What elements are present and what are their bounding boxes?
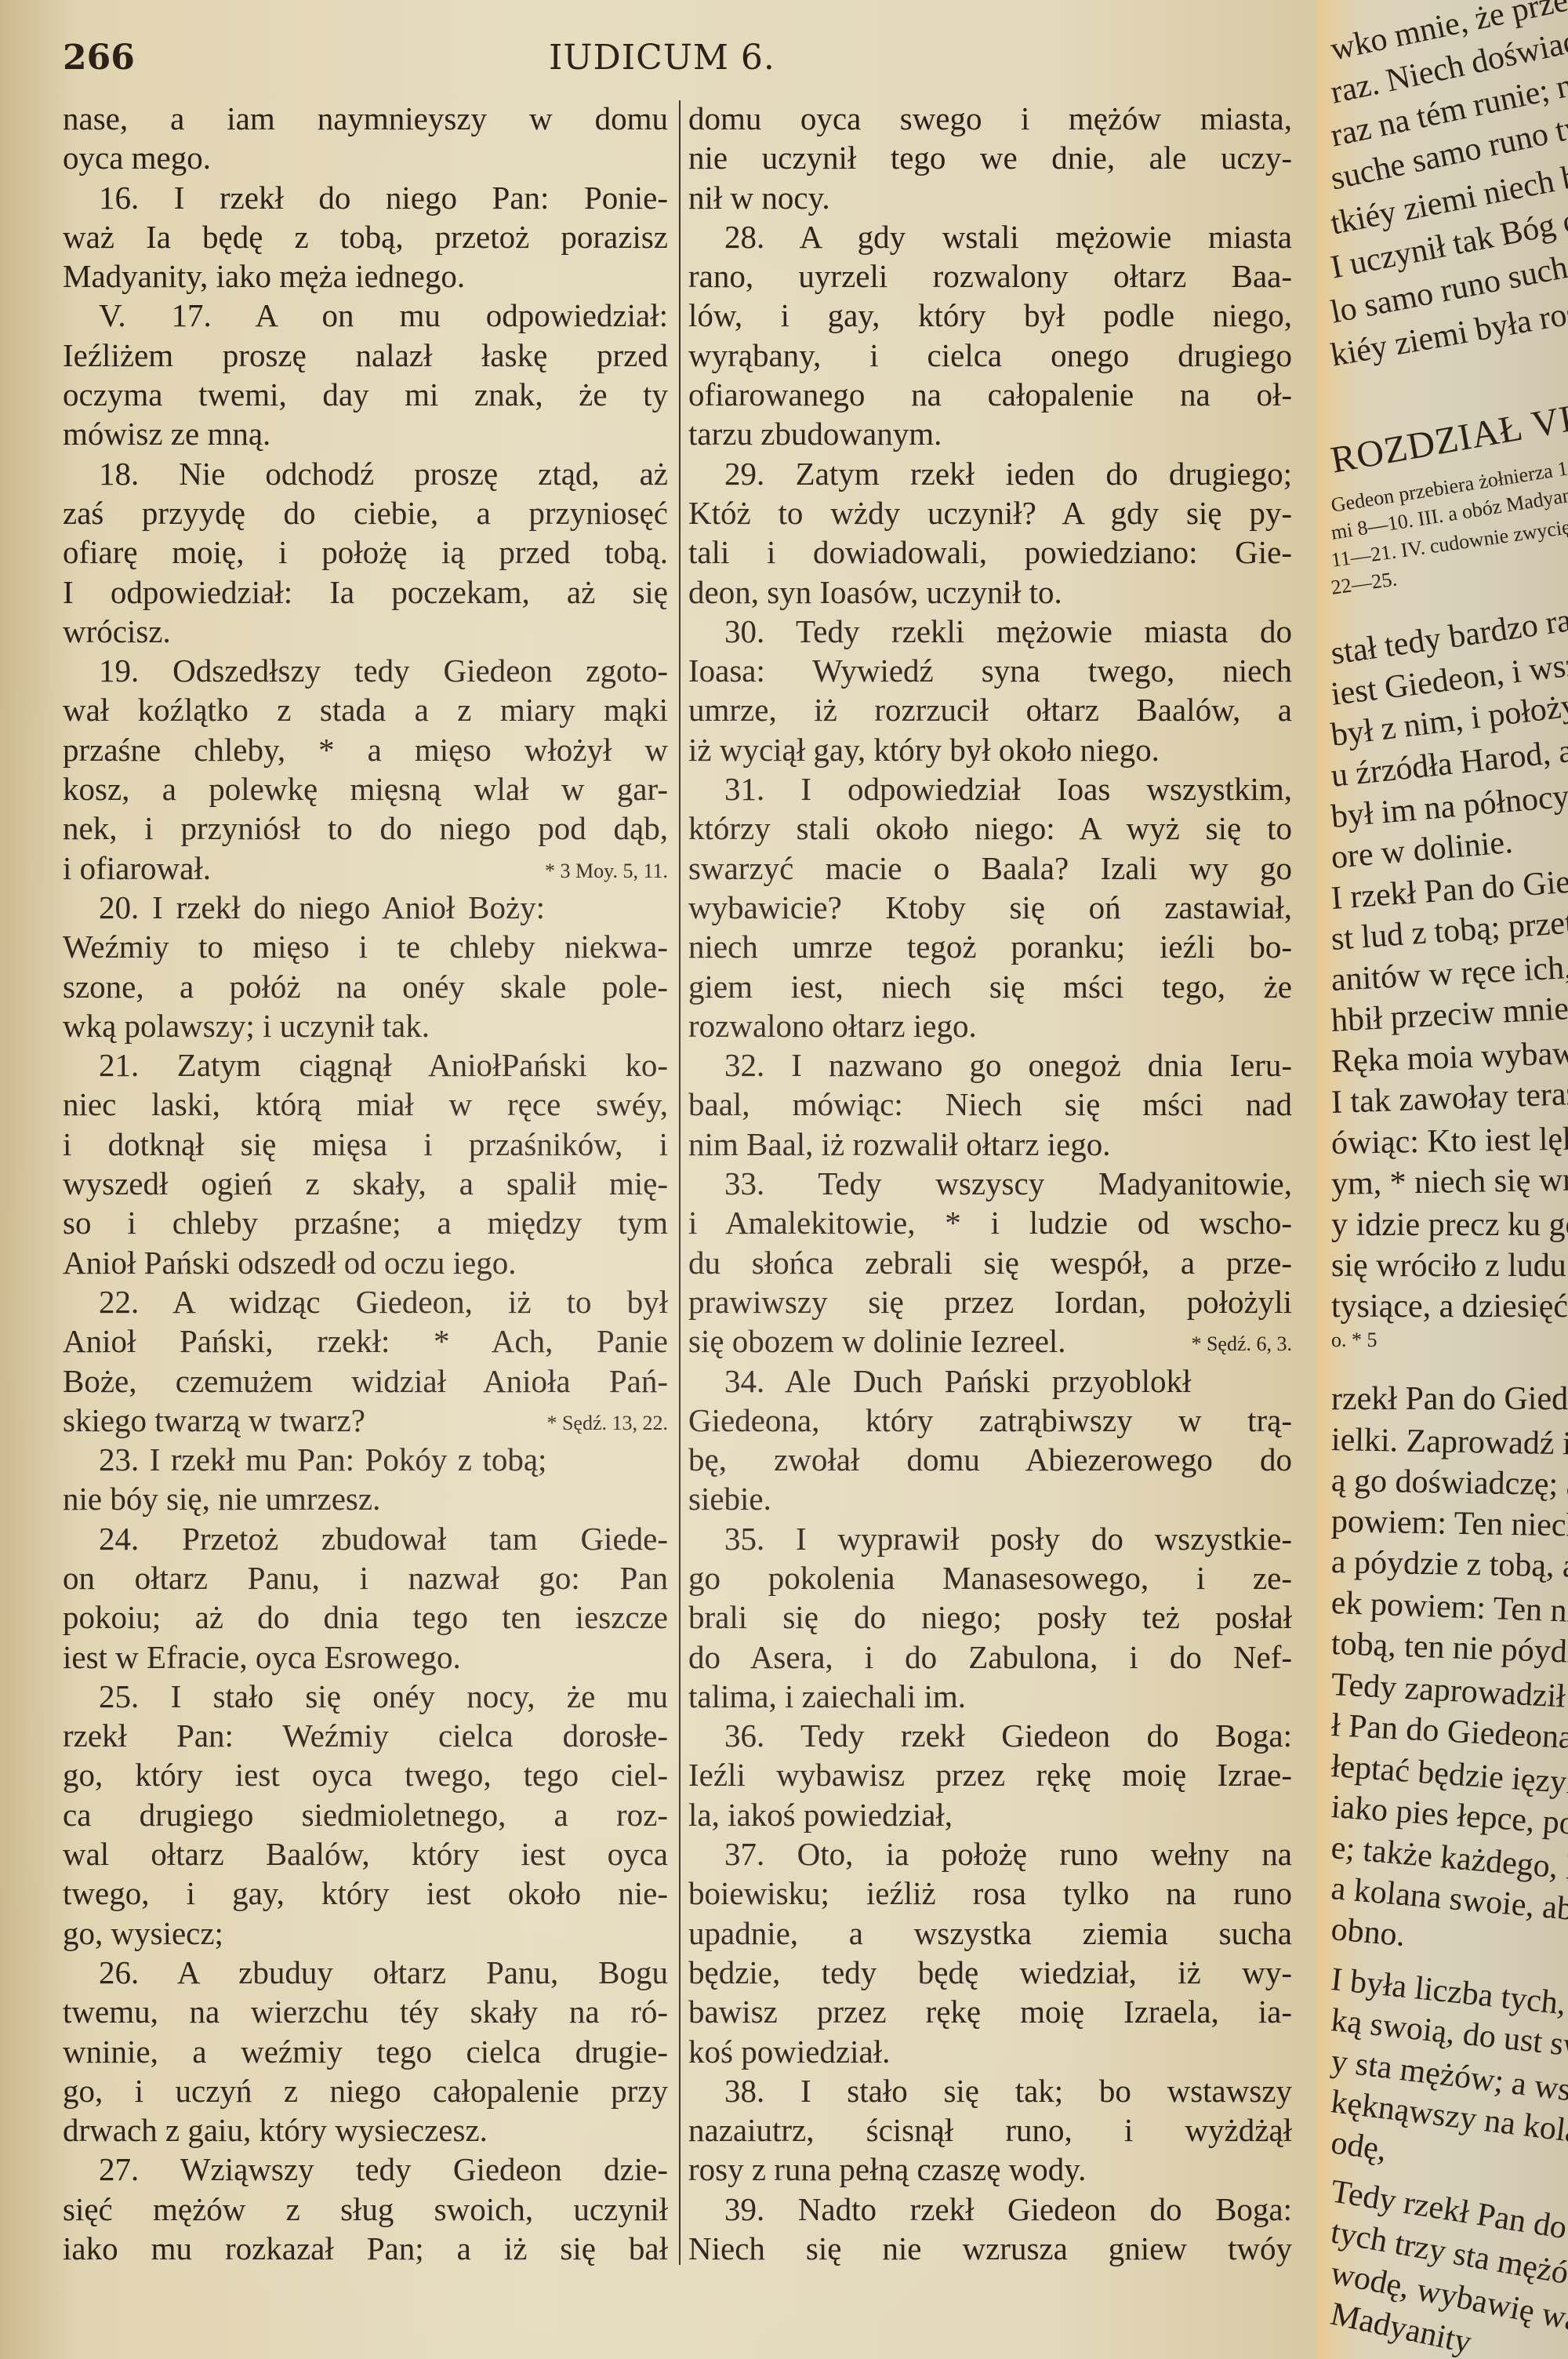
- line-text: będzie, tedy będę wiedział, iż wy-: [688, 1954, 1292, 1990]
- line-text: nazaiutrz, ścisnął runo, i wyżdżął: [688, 2112, 1292, 2148]
- line-text: rzekł Pan: Weźmiy cielca dorosłe-: [63, 1717, 668, 1754]
- line-text: wyrąbany, i cielca onego drugiego: [688, 337, 1292, 373]
- text-line: Weźmiy to mięso i te chleby niekwa-: [63, 927, 668, 966]
- line-text: Anioł Pański odszedł od oczu iego.: [63, 1245, 516, 1281]
- text-line: przaśne chleby, * a mięso włożył w: [63, 730, 668, 769]
- line-text: nim Baal, iż rozwalił ołtarz iego.: [688, 1126, 1111, 1162]
- text-line: rozwalono ołtarz iego.: [688, 1006, 1292, 1045]
- text-line: umrze, iż rozrzucił ołtarz Baalów, a: [688, 690, 1292, 729]
- facing-text-line: obno.: [1330, 1910, 1406, 1954]
- line-text: 25. I stało się onéy nocy, że mu: [99, 1678, 668, 1714]
- text-line: Ioasa: Wywiedź syna twego, niech: [688, 651, 1292, 690]
- text-line: wrócisz.: [63, 612, 668, 651]
- line-text: 36. Tedy rzekł Giedeon do Boga:: [724, 1717, 1292, 1754]
- text-line: wal ołtarz Baalów, który iest oyca: [63, 1834, 668, 1874]
- text-line: 39. Nadto rzekł Giedeon do Boga:: [688, 2190, 1292, 2229]
- chapter-summary-line: o. * 5: [1331, 1329, 1377, 1352]
- line-text: ca drugiego siedmioletnego, a roz-: [63, 1797, 668, 1833]
- line-text: Giedeona, który zatrąbiwszy w trą-: [688, 1402, 1292, 1438]
- text-line: i dotknął się mięsa i przaśników, i: [63, 1125, 668, 1164]
- line-text: 34. Ale Duch Pański przyoblokł: [724, 1363, 1191, 1399]
- text-line: i ofiarował.* 3 Moy. 5, 11.: [63, 849, 668, 888]
- text-line: 31. I odpowiedział Ioas wszystkim,: [688, 769, 1292, 809]
- text-line: swarzyć macie o Baala? Izali wy go: [688, 849, 1292, 888]
- line-text: la, iakoś powiedział,: [688, 1797, 953, 1833]
- text-line: 19. Odszedłszy tedy Giedeon zgoto-: [63, 651, 668, 690]
- line-text: wal ołtarz Baalów, który iest oyca: [63, 1836, 668, 1872]
- line-text: nase, a iam naymnieyszy w domu: [63, 100, 668, 136]
- line-text: wał koźlątko z stada a z miary mąki: [63, 692, 668, 728]
- text-line: się obozem w dolinie Iezreel.* Sędź. 6, …: [688, 1321, 1292, 1361]
- line-text: zaś przyydę do ciebie, a przyniosęć: [63, 495, 668, 531]
- line-text: tarzu zbudowanym.: [688, 416, 942, 452]
- text-line: zaś przyydę do ciebie, a przyniosęć: [63, 493, 668, 533]
- line-text: oyca mego.: [63, 140, 211, 176]
- text-line: Madyanity, iako męża iednego.: [63, 256, 668, 296]
- line-text: deon, syn Ioasów, uczynił to.: [688, 574, 1062, 610]
- line-text: domu oyca swego i mężów miasta,: [688, 100, 1292, 136]
- line-text: go, który iest oyca twego, tego ciel-: [63, 1757, 668, 1793]
- text-line: niec laski, którą miał w ręce swéy,: [63, 1085, 668, 1124]
- text-line: Ieźliżem proszę nalazł łaskę przed: [63, 336, 668, 375]
- text-line: lów, i gay, który był podle niego,: [688, 296, 1292, 335]
- text-line: którzy stali około niego: A wyż się to: [688, 809, 1292, 848]
- text-line: 26. A zbuduy ołtarz Panu, Bogu: [63, 1953, 668, 1992]
- text-line: go, wysiecz;: [63, 1914, 668, 1953]
- facing-text-line: I tak zawołay teraz, aby: [1330, 1073, 1568, 1121]
- facing-text-line: ek powiem: Ten niech: [1330, 1584, 1568, 1632]
- text-line: wninie, a weźmiy tego cielca drugie-: [63, 2032, 668, 2071]
- line-text: 24. Przetoż zbudował tam Giede-: [99, 1521, 668, 1557]
- text-line: sięć mężów z sług swoich, uczynił: [63, 2190, 668, 2229]
- text-line: 25. I stało się onéy nocy, że mu: [63, 1677, 668, 1716]
- text-line: 32. I nazwano go onegoż dnia Ieru-: [688, 1045, 1292, 1085]
- line-text: pokoiu; aż do dnia tego ten ieszcze: [63, 1599, 668, 1635]
- text-line: 16. I rzekł do niego Pan: Ponie-: [63, 178, 668, 217]
- text-line: 18. Nie odchodź proszę ztąd, aż: [63, 454, 668, 493]
- line-text: nie uczynił tego we dnie, ale uczy-: [688, 140, 1292, 176]
- text-line: Niech się nie wzrusza gniew twóy: [688, 2229, 1292, 2268]
- line-text: rozwalono ołtarz iego.: [688, 1008, 977, 1044]
- line-text: 35. I wyprawił posły do wszystkie-: [724, 1521, 1292, 1557]
- text-line: 30. Tedy rzekli mężowie miasta do: [688, 612, 1292, 651]
- line-text: boiewisku; ieźliż rosa tylko na runo: [688, 1875, 1292, 1911]
- line-text: nek, i przyniósł to do niego pod dąb,: [63, 810, 668, 846]
- line-text: Ieźliżem proszę nalazł łaskę przed: [63, 337, 668, 373]
- line-text: twemu, na wierzchu téy skały na ró-: [63, 1994, 668, 2030]
- text-line: nim Baal, iż rozwalił ołtarz iego.: [688, 1125, 1292, 1164]
- text-line: iż wyciął gay, który był około niego.: [688, 730, 1292, 769]
- line-text: umrze, iż rozrzucił ołtarz Baalów, a: [688, 692, 1292, 728]
- line-text: swarzyć macie o Baala? Izali wy go: [688, 850, 1292, 886]
- text-line: niech umrze tegoż poranku; ieźli bo-: [688, 927, 1292, 966]
- line-text: niec laski, którą miał w ręce swéy,: [63, 1086, 668, 1122]
- line-text: brali się do niego; posły też posłał: [688, 1599, 1292, 1635]
- text-line: ofiarę moię, i położę ią przed tobą.: [63, 533, 668, 572]
- column-divider: [679, 100, 681, 2265]
- facing-text-line: y idzie precz ku górze: [1331, 1206, 1568, 1244]
- line-text: 22. A widząc Giedeon, iż to był: [99, 1284, 668, 1320]
- text-line: wyszedł ogień z skały, a spalił mię-: [63, 1164, 668, 1203]
- line-text: lów, i gay, który był podle niego,: [688, 297, 1292, 333]
- text-line: rosy z runa pełną czaszę wody.: [688, 2150, 1292, 2189]
- text-line: 22. A widząc Giedeon, iż to był: [63, 1282, 668, 1321]
- line-text: I odpowiedział: Ia poczekam, aż się: [63, 574, 668, 610]
- line-text: rano, uyrzeli rozwalony ołtarz Baa-: [688, 258, 1292, 294]
- text-line: bawisz przez rękę moię Izraela, ia-: [688, 1992, 1292, 2031]
- text-line: drwach z gaiu, który wysieczesz.: [63, 2110, 668, 2150]
- facing-text-line: tobą, ten nie póydzie.: [1330, 1625, 1568, 1673]
- line-text: rosy z runa pełną czaszę wody.: [688, 2151, 1086, 2187]
- line-text: się obozem w dolinie Iezreel.: [688, 1323, 1066, 1359]
- text-line: V. 17. A on mu odpowiedział:: [63, 296, 668, 335]
- text-line: 28. A gdy wstali mężowie miasta: [688, 217, 1292, 256]
- line-text: Madyanity, iako męża iednego.: [63, 258, 465, 294]
- text-line: 20. I rzekł do niego Anioł Boży:: [63, 888, 668, 927]
- line-text: upadnie, a wszystka ziemia sucha: [688, 1915, 1292, 1951]
- text-line: nie bóy się, nie umrzesz.: [63, 1479, 668, 1518]
- footnote-reference: * Sędź. 6, 3.: [1191, 1325, 1292, 1364]
- line-text: szone, a połóż na onéy skale pole-: [63, 969, 668, 1005]
- line-text: tali i dowiadowali, powiedziano: Gie-: [688, 534, 1292, 570]
- line-text: Boże, czemużem widział Anioła Pań-: [63, 1363, 668, 1399]
- line-text: wrócisz.: [63, 613, 171, 649]
- line-text: mówisz ze mną.: [63, 416, 270, 452]
- line-text: i dotknął się mięsa i przaśników, i: [63, 1126, 668, 1162]
- text-line: talima, i zaiechali im.: [688, 1677, 1292, 1716]
- line-text: 29. Zatym rzekł ieden do drugiego;: [724, 456, 1292, 492]
- text-line: wybawicie? Ktoby się oń zastawiał,: [688, 888, 1292, 927]
- line-text: V. 17. A on mu odpowiedział:: [99, 297, 668, 333]
- text-line: nase, a iam naymnieyszy w domu: [63, 99, 668, 138]
- text-line: baal, mówiąc: Niech się mści nad: [688, 1085, 1292, 1124]
- text-line: i Amalekitowie, * i ludzie od wscho-: [688, 1203, 1292, 1242]
- line-text: którzy stali około niego: A wyż się to: [688, 810, 1292, 846]
- text-line: go, który iest oyca twego, tego ciel-: [63, 1755, 668, 1794]
- footnote-reference: * Sędź. 13, 22.: [546, 1404, 668, 1443]
- facing-text-line: ówiąc: Kto iest lękliwy: [1331, 1119, 1568, 1162]
- text-line: nie uczynił tego we dnie, ale uczy-: [688, 138, 1292, 177]
- text-line: 36. Tedy rzekł Giedeon do Boga:: [688, 1716, 1292, 1755]
- text-line: Anioł Pański odszedł od oczu iego.: [63, 1243, 668, 1282]
- line-text: do Asera, i do Zabulona, i do Nef-: [688, 1639, 1292, 1675]
- line-text: drwach z gaiu, który wysieczesz.: [63, 2112, 488, 2148]
- line-text: 19. Odszedłszy tedy Giedeon zgoto-: [99, 652, 668, 689]
- book-title: IUDICUM 6.: [549, 38, 775, 78]
- text-line: siebie.: [688, 1479, 1292, 1518]
- facing-text-line: tysiące, a dziesięć tys: [1331, 1288, 1568, 1325]
- text-line: skiego twarzą w twarz?* Sędź. 13, 22.: [63, 1401, 668, 1440]
- line-text: przaśne chleby, * a mięso włożył w: [63, 732, 668, 768]
- line-text: i ofiarował.: [63, 850, 211, 886]
- line-text: du słońca zebrali się wespół, a prze-: [688, 1245, 1292, 1281]
- text-line: waż Ia będę z tobą, przetoż porazisz: [63, 217, 668, 256]
- text-line: ca drugiego siedmioletnego, a roz-: [63, 1795, 668, 1834]
- line-text: go, i uczyń z niego całopalenie przy: [63, 2073, 668, 2109]
- text-line: 35. I wyprawił posły do wszystkie-: [688, 1519, 1292, 1558]
- line-text: nie bóy się, nie umrzesz.: [63, 1481, 380, 1517]
- text-line: 33. Tedy wszyscy Madyanitowie,: [688, 1164, 1292, 1203]
- text-line: twemu, na wierzchu téy skały na ró-: [63, 1992, 668, 2031]
- text-line: tali i dowiadowali, powiedziano: Gie-: [688, 533, 1292, 572]
- text-line: boiewisku; ieźliż rosa tylko na runo: [688, 1874, 1292, 1913]
- text-line: wyrąbany, i cielca onego drugiego: [688, 336, 1292, 375]
- line-text: 28. A gdy wstali mężowie miasta: [724, 219, 1292, 255]
- text-line: giem iest, niech się mści tego, że: [688, 967, 1292, 1006]
- line-text: giem iest, niech się mści tego, że: [688, 969, 1292, 1005]
- line-text: bawisz przez rękę moię Izraela, ia-: [688, 1994, 1292, 2030]
- text-line: iako mu rozkazał Pan; a iż się bał: [63, 2229, 668, 2268]
- line-text: skiego twarzą w twarz?: [63, 1402, 365, 1438]
- line-text: iest w Efracie, oyca Esrowego.: [63, 1639, 461, 1675]
- text-line: wał koźlątko z stada a z miary mąki: [63, 690, 668, 729]
- text-column-middle: domu oyca swego i mężów miasta,nie uczyn…: [688, 99, 1292, 2268]
- line-text: Niech się nie wzrusza gniew twóy: [688, 2230, 1292, 2266]
- text-line: będzie, tedy będę wiedział, iż wy-: [688, 1953, 1292, 1992]
- line-text: 27. Wziąwszy tedy Giedeon dzie-: [99, 2151, 668, 2187]
- text-line: tarzu zbudowanym.: [688, 414, 1292, 453]
- line-text: Ioasa: Wywiedź syna twego, niech: [688, 652, 1292, 689]
- line-text: twego, i gay, który iest około nie-: [63, 1875, 668, 1911]
- text-line: nazaiutrz, ścisnął runo, i wyżdżął: [688, 2110, 1292, 2150]
- facing-text-line: ym, * niech się wróci,: [1331, 1161, 1568, 1203]
- text-line: koś powiedział.: [688, 2032, 1292, 2071]
- line-text: iż wyciął gay, który był około niego.: [688, 732, 1160, 768]
- book-page-left: 266 IUDICUM 6. nase, a iam naymnieyszy w…: [0, 0, 1317, 2359]
- text-line: szone, a połóż na onéy skale pole-: [63, 967, 668, 1006]
- text-line: twego, i gay, który iest około nie-: [63, 1874, 668, 1913]
- line-text: talima, i zaiechali im.: [688, 1678, 966, 1714]
- text-line: go, i uczyń z niego całopalenie przy: [63, 2071, 668, 2110]
- line-text: i Amalekitowie, * i ludzie od wscho-: [688, 1205, 1292, 1241]
- line-text: 23. I rzekł mu Pan: Pokóy z tobą;: [99, 1441, 546, 1478]
- line-text: 38. I stało się tak; bo wstawszy: [724, 2073, 1292, 2109]
- line-text: ofiarowanego na całopalenie na oł-: [688, 376, 1292, 413]
- line-text: waż Ia będę z tobą, przetoż porazisz: [63, 219, 668, 255]
- text-line: nek, i przyniósł to do niego pod dąb,: [63, 809, 668, 848]
- line-text: 32. I nazwano go onegoż dnia Ieru-: [724, 1047, 1292, 1083]
- facing-text-line: się wróciło z ludu dwa: [1331, 1247, 1568, 1285]
- line-text: wką polawszy; i uczynił tak.: [63, 1008, 430, 1044]
- text-column-left: nase, a iam naymnieyszy w domuoyca mego.…: [63, 99, 668, 2268]
- facing-text-line: ą go doświadczę; albo: [1331, 1462, 1568, 1504]
- text-line: oczyma twemi, day mi znak, że ty: [63, 375, 668, 414]
- text-line: du słońca zebrali się wespół, a prze-: [688, 1243, 1292, 1282]
- text-line: Anioł Pański, rzekł: * Ach, Panie: [63, 1321, 668, 1361]
- line-text: prawiwszy się przez Iordan, położyli: [688, 1284, 1292, 1320]
- line-text: 39. Nadto rzekł Giedeon do Boga:: [724, 2191, 1292, 2227]
- facing-text-line: ielki. Zaprowadź ich do: [1331, 1421, 1568, 1464]
- facing-text-line: rzekł Pan do Giedeona:: [1331, 1380, 1568, 1418]
- text-line: kosz, a polewkę mięsną wlał w gar-: [63, 769, 668, 809]
- line-text: iako mu rozkazał Pan; a iż się bał: [63, 2230, 668, 2266]
- text-line: prawiwszy się przez Iordan, położyli: [688, 1282, 1292, 1321]
- text-line: I odpowiedział: Ia poczekam, aż się: [63, 572, 668, 612]
- text-line: bę, zwołał domu Abiezerowego do: [688, 1440, 1292, 1479]
- facing-text-line: a póydzie z tobą, a: [1331, 1543, 1568, 1585]
- text-line: deon, syn Ioasów, uczynił to.: [688, 572, 1292, 612]
- line-text: nił w nocy.: [688, 180, 830, 216]
- line-text: 33. Tedy wszyscy Madyanitowie,: [724, 1165, 1292, 1201]
- line-text: niech umrze tegoż poranku; ieźli bo-: [688, 929, 1292, 965]
- footnote-reference: * 3 Moy. 5, 11.: [545, 852, 668, 891]
- facing-text-line: powiem: Ten niech idz: [1331, 1503, 1568, 1546]
- text-line: 38. I stało się tak; bo wstawszy: [688, 2071, 1292, 2110]
- text-line: mówisz ze mną.: [63, 414, 668, 453]
- line-text: 31. I odpowiedział Ioas wszystkim,: [724, 771, 1292, 807]
- line-text: 37. Oto, ia położę runo wełny na: [724, 1836, 1292, 1872]
- text-line: upadnie, a wszystka ziemia sucha: [688, 1914, 1292, 1953]
- line-text: 30. Tedy rzekli mężowie miasta do: [724, 613, 1292, 649]
- text-line: 37. Oto, ia położę runo wełny na: [688, 1834, 1292, 1874]
- line-text: koś powiedział.: [688, 2034, 890, 2070]
- text-line: iest w Efracie, oyca Esrowego.: [63, 1637, 668, 1677]
- line-text: Weźmiy to mięso i te chleby niekwa-: [63, 929, 668, 965]
- line-text: baal, mówiąc: Niech się mści nad: [688, 1086, 1292, 1122]
- line-text: so i chleby przaśne; a między tym: [63, 1205, 668, 1241]
- text-line: brali się do niego; posły też posłał: [688, 1598, 1292, 1637]
- text-line: 27. Wziąwszy tedy Giedeon dzie-: [63, 2150, 668, 2189]
- line-text: siebie.: [688, 1481, 771, 1517]
- text-line: pokoiu; aż do dnia tego ten ieszcze: [63, 1598, 668, 1637]
- line-text: ofiarę moię, i położę ią przed tobą.: [63, 534, 668, 570]
- chapter-summary-line: 22—25.: [1330, 567, 1399, 599]
- line-text: 16. I rzekł do niego Pan: Ponie-: [99, 180, 668, 216]
- text-line: Któż to wżdy uczynił? A gdy się py-: [688, 493, 1292, 533]
- facing-text-line: Ręka moia wybawiła m: [1330, 1032, 1568, 1081]
- text-line: ofiarowanego na całopalenie na oł-: [688, 375, 1292, 414]
- line-text: bę, zwołał domu Abiezerowego do: [688, 1441, 1292, 1478]
- facing-text-line: odę,: [1329, 2124, 1389, 2168]
- text-line: do Asera, i do Zabulona, i do Nef-: [688, 1637, 1292, 1677]
- text-line: 21. Zatym ciągnął AniołPański ko-: [63, 1045, 668, 1085]
- text-line: on ołtarz Panu, i nazwał go: Pan: [63, 1558, 668, 1598]
- text-line: domu oyca swego i mężów miasta,: [688, 99, 1292, 138]
- line-text: wninie, a weźmiy tego cielca drugie-: [63, 2034, 668, 2070]
- line-text: sięć mężów z sług swoich, uczynił: [63, 2191, 668, 2227]
- running-head: 266 IUDICUM 6.: [63, 38, 1294, 93]
- line-text: oczyma twemi, day mi znak, że ty: [63, 376, 668, 413]
- text-line: 34. Ale Duch Pański przyoblokł: [688, 1361, 1292, 1401]
- text-line: wką polawszy; i uczynił tak.: [63, 1006, 668, 1045]
- line-text: wybawicie? Ktoby się oń zastawiał,: [688, 889, 1292, 925]
- text-line: oyca mego.: [63, 138, 668, 177]
- text-line: rano, uyrzeli rozwalony ołtarz Baa-: [688, 256, 1292, 296]
- text-line: Boże, czemużem widział Anioła Pań-: [63, 1361, 668, 1401]
- text-line: 23. I rzekł mu Pan: Pokóy z tobą;: [63, 1440, 668, 1479]
- text-line: Ieźli wybawisz przez rękę moię Izrae-: [688, 1755, 1292, 1794]
- line-text: 20. I rzekł do niego Anioł Boży:: [99, 889, 545, 925]
- line-text: go pokolenia Manasesowego, i ze-: [688, 1560, 1292, 1596]
- line-text: go, wysiecz;: [63, 1915, 223, 1951]
- line-text: Któż to wżdy uczynił? A gdy się py-: [688, 495, 1292, 531]
- facing-page-fragment: wko mnie, że przeraz. Niech doświadczęra…: [1317, 0, 1568, 2359]
- text-line: rzekł Pan: Weźmiy cielca dorosłe-: [63, 1716, 668, 1755]
- line-text: Ieźli wybawisz przez rękę moię Izrae-: [688, 1757, 1292, 1793]
- line-text: kosz, a polewkę mięsną wlał w gar-: [63, 771, 668, 807]
- text-line: 24. Przetoż zbudował tam Giede-: [63, 1519, 668, 1558]
- text-line: la, iakoś powiedział,: [688, 1795, 1292, 1834]
- line-text: 21. Zatym ciągnął AniołPański ko-: [99, 1047, 668, 1083]
- text-line: Giedeona, który zatrąbiwszy w trą-: [688, 1401, 1292, 1440]
- text-line: go pokolenia Manasesowego, i ze-: [688, 1558, 1292, 1598]
- line-text: 26. A zbuduy ołtarz Panu, Bogu: [99, 1954, 668, 1990]
- line-text: on ołtarz Panu, i nazwał go: Pan: [63, 1560, 668, 1596]
- text-line: nił w nocy.: [688, 178, 1292, 217]
- line-text: wyszedł ogień z skały, a spalił mię-: [63, 1165, 668, 1201]
- text-line: 29. Zatym rzekł ieden do drugiego;: [688, 454, 1292, 493]
- line-text: 18. Nie odchodź proszę ztąd, aż: [99, 456, 668, 492]
- text-line: so i chleby przaśne; a między tym: [63, 1203, 668, 1242]
- page-number: 266: [63, 38, 135, 78]
- line-text: Anioł Pański, rzekł: * Ach, Panie: [63, 1323, 668, 1359]
